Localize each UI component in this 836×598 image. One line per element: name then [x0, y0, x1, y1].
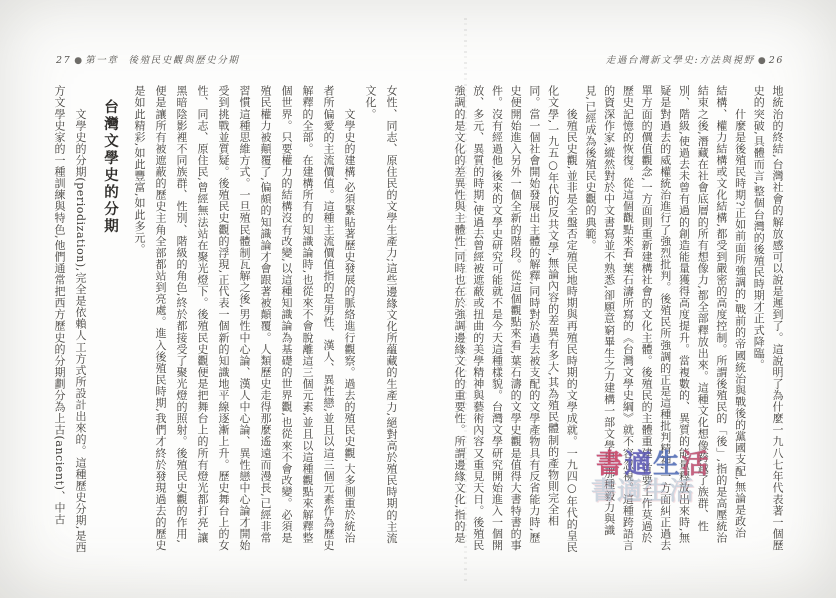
page-number-right: 26	[769, 55, 784, 66]
text-column: 同。當一個社會開始發展出主體的解釋,同時對於過去被支配的文學產物具有反省能力時,…	[524, 85, 543, 571]
text-column: 習慣這種思維方式。一旦殖民體制瓦解之後,男性中心論、漢人中心論、異性戀中心論才開…	[234, 85, 255, 571]
text-column: 放、多元、異質的時期,使過去曾經被遮蔽或扭曲的美學精神與藝術內容又重見天日。後殖…	[468, 85, 487, 571]
chapter-label: 第一章	[85, 55, 118, 66]
text-column: 解釋的全部。在建構所有的知識論時,也從來不會脫離這三個元素,並且以這種觀點來解釋…	[297, 85, 318, 571]
bullet-icon: ●	[758, 56, 766, 66]
book-title: 走過台灣新文學史:方法與視野	[606, 55, 755, 66]
text-column: 結構、權力結構或文化結構,都受到嚴密的高度控制。所謂後殖民的「後」,指的是高壓統…	[711, 85, 730, 571]
text-column: 後殖民史觀,並非是全盤否定殖民地時期與再殖民時期的文學成就。一九四○年代的皇民	[562, 85, 581, 571]
watermark-stamp-ghost: 書適生活	[591, 471, 695, 507]
text-column: 文學史的建構,必須緊貼著歷史發展的脈絡進行觀察。過去的殖民史觀,大多側重於統治	[339, 85, 360, 571]
page-text-left: 女性、同志、原住民的文學生產力;這些邊緣文化所蘊藏的生產力,絕對高於殖民時期的主…	[44, 85, 402, 571]
text-column: 個世界。只要權力的結構沒有改變,以這種知識論為基礎的世界觀,也從來不會改變。必須…	[276, 85, 297, 571]
bullet-icon: ●	[74, 56, 82, 66]
text-column: 方文學史家的一種訓練與特色,他們通常把西方歷史的分期劃分為上古(ancient)…	[49, 85, 70, 571]
text-column: 文化。	[360, 85, 381, 571]
text-column: 女性、同志、原住民的文學生產力;這些邊緣文化所蘊藏的生產力,絕對高於殖民時期的主…	[381, 85, 402, 571]
book-spread: 27●第一章後殖民史觀與歷史分期 走過台灣新文學史:方法與視野●26 地統治的終…	[0, 0, 836, 598]
text-column: 地統治的終結,台灣社會的解放感可以說是遲到了。這說明了為什麼一九八七年代表著一個…	[767, 85, 786, 571]
text-column: 史便開始進入另外一個全新的階段。從這個觀點來看,葉石濤的文學史觀是值得大書特書的…	[505, 85, 524, 571]
text-column: 史的突破,具體而言,整個台灣的後殖民時期才正式降臨。	[749, 85, 768, 571]
section-heading: 台灣文學史的分期	[91, 85, 129, 571]
text-column: 結束之後,潛藏在社會底層的所有想像力,都全部釋放出來。這種文化想像跨越了族群、性	[692, 85, 711, 571]
text-column: 殖民權力被顛覆了,偏頗的知識論才會跟著被顛覆。人類歷史走得那麼遙遠而漫長,已經非…	[255, 85, 276, 571]
text-column: 者所偏愛的主流價值。這種主流價值指的是男性、漢人、異性戀,並且以這三個元素作為歷…	[318, 85, 339, 571]
chapter-title: 後殖民史觀與歷史分期	[128, 55, 239, 66]
page-number-left: 27	[56, 55, 71, 66]
text-column: 文學史的分期(periodization),完全是依賴人工方式所設計出來的。這種…	[70, 85, 91, 571]
text-column: 化文學,一九五○年代的反共文學,無論內容的差異有多大,其為殖民體制的產物則完全相	[543, 85, 562, 571]
text-column: 便是讓所有被遮蔽的歷史主角全部都站到亮處。進入後殖民時期,我們才終於發現過去的歷…	[150, 85, 171, 571]
running-head-left: 27●第一章後殖民史觀與歷史分期	[56, 52, 239, 66]
text-column: 性、同志、原住民,曾經無法站在聚光燈下。後殖民史觀便是把舞台上的所有燈光都打亮,…	[192, 85, 213, 571]
text-column: 什麼是後殖民時期?正如前面所強調的,戰前的帝國統治與戰後的黨國支配,無論是政治	[730, 85, 749, 571]
text-column: 受到挑戰並質疑。後殖民史觀的浮現,正代表一個新的知識地平線逐漸上升。歷史舞台上的…	[213, 85, 234, 571]
text-column: 是如此精彩,如此豐富,如此多元。	[129, 85, 150, 571]
text-column: 強調的是文化的差異性與主體性,同時也在於強調邊緣文化的重要性。所謂邊緣文化,指的…	[449, 85, 468, 571]
running-head-right: 走過台灣新文學史:方法與視野●26	[606, 52, 784, 66]
text-column: 件。沒有經過他,後來的文學史研究可能就不是今天這種樣貌。台灣文學研究開始進入一個…	[487, 85, 506, 571]
text-column: 黑暗陰影裡不同族群、性別、階級的角色,終於都接受了聚光燈的照射。後殖民史觀的作用…	[171, 85, 192, 571]
